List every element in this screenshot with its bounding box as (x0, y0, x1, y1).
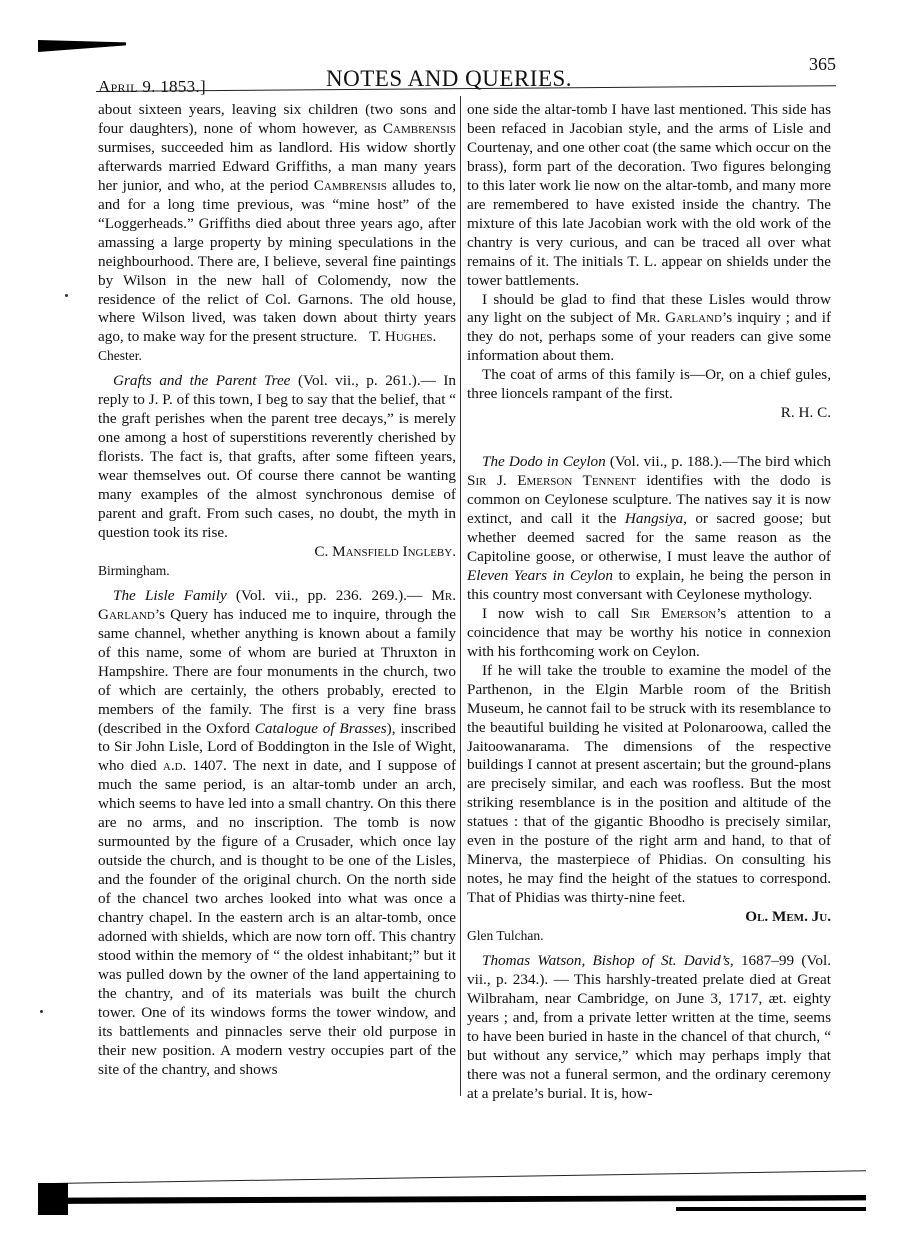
italic-title: Catalogue of Brasses (255, 720, 387, 737)
article-title: The Dodo in Ceylon (482, 453, 606, 470)
name-smallcaps: Cambrensis (383, 120, 456, 137)
issue-date: April 9. 1853.] (98, 77, 206, 97)
text: alludes to, and for a long time previous… (98, 177, 456, 346)
name-smallcaps: Cambrensis (314, 177, 387, 194)
page-corner (38, 1183, 68, 1215)
paragraph: about sixteen years, leaving six childre… (98, 101, 456, 347)
scan-artifact-bottom (38, 1183, 866, 1213)
text: 1407. The next in date, and I suppose of… (98, 757, 456, 1077)
signature: R. H. C. (467, 404, 831, 423)
article-dodo: The Dodo in Ceylon (Vol. vii., p. 188.).… (467, 453, 831, 605)
italic-title: Eleven Years in Ceylon (467, 567, 613, 584)
text: , 1687–99 (Vol. vii., p. 234.). — This h… (467, 952, 831, 1102)
italic-word: Hangsiya (625, 510, 683, 527)
article-ref: (Vol. vii., p. 188.).—The bird which (610, 453, 831, 470)
paragraph: The coat of arms of this family is—Or, o… (467, 366, 831, 404)
paragraph: I now wish to call Sir Emerson’s attenti… (467, 605, 831, 662)
column-divider (460, 96, 461, 1096)
place-line: Birmingham. (98, 562, 456, 581)
text: I now wish to call (482, 605, 620, 622)
text: In reply to J. P. of this town, I beg to… (98, 372, 456, 541)
signature: Ol. Mem. Ju. (467, 908, 831, 927)
place-line: Glen Tulchan. (467, 927, 831, 946)
spacer (467, 423, 831, 453)
page-edge-line (52, 1158, 866, 1184)
margin-mark (65, 294, 68, 297)
page-edge-bar (38, 1195, 866, 1204)
left-column: about sixteen years, leaving six childre… (98, 101, 456, 1080)
article-title: Thomas Watson, Bishop of St. David’s (482, 952, 730, 969)
article-title: Grafts and the Parent Tree (113, 372, 290, 389)
paragraph: If he will take the trouble to examine t… (467, 662, 831, 908)
signature: T. Hughes. (369, 328, 436, 345)
article-title: The Lisle Family (113, 587, 227, 604)
article-thomas-watson: Thomas Watson, Bishop of St. David’s, 16… (467, 952, 831, 1104)
text: ’s Query has induced me to inquire, thro… (98, 606, 456, 737)
paragraph: one side the altar-tomb I have last ment… (467, 101, 831, 291)
article-ref: (Vol. vii., p. 261.).— (298, 372, 436, 389)
place-line: Chester. (98, 347, 456, 366)
margin-mark (40, 1010, 43, 1013)
article-grafts: Grafts and the Parent Tree (Vol. vii., p… (98, 372, 456, 543)
name-smallcaps: Mr. Garland (636, 309, 722, 326)
article-ref: (Vol. vii., pp. 236. 269.).— (236, 587, 422, 604)
right-column: one side the altar-tomb I have last ment… (467, 101, 831, 1104)
article-lisle-family: The Lisle Family (Vol. vii., pp. 236. 26… (98, 587, 456, 1080)
paragraph: I should be glad to find that these Lisl… (467, 291, 831, 367)
signature: C. Mansfield Ingleby. (98, 543, 456, 562)
name-smallcaps: Sir Emerson (631, 605, 717, 622)
era-abbrev: a.d. (163, 757, 186, 774)
scan-artifact-top (38, 40, 126, 52)
page-edge-bar (676, 1207, 866, 1211)
page-number: 365 (809, 54, 836, 75)
name-smallcaps: Sir J. Emerson Tennent (467, 472, 636, 489)
